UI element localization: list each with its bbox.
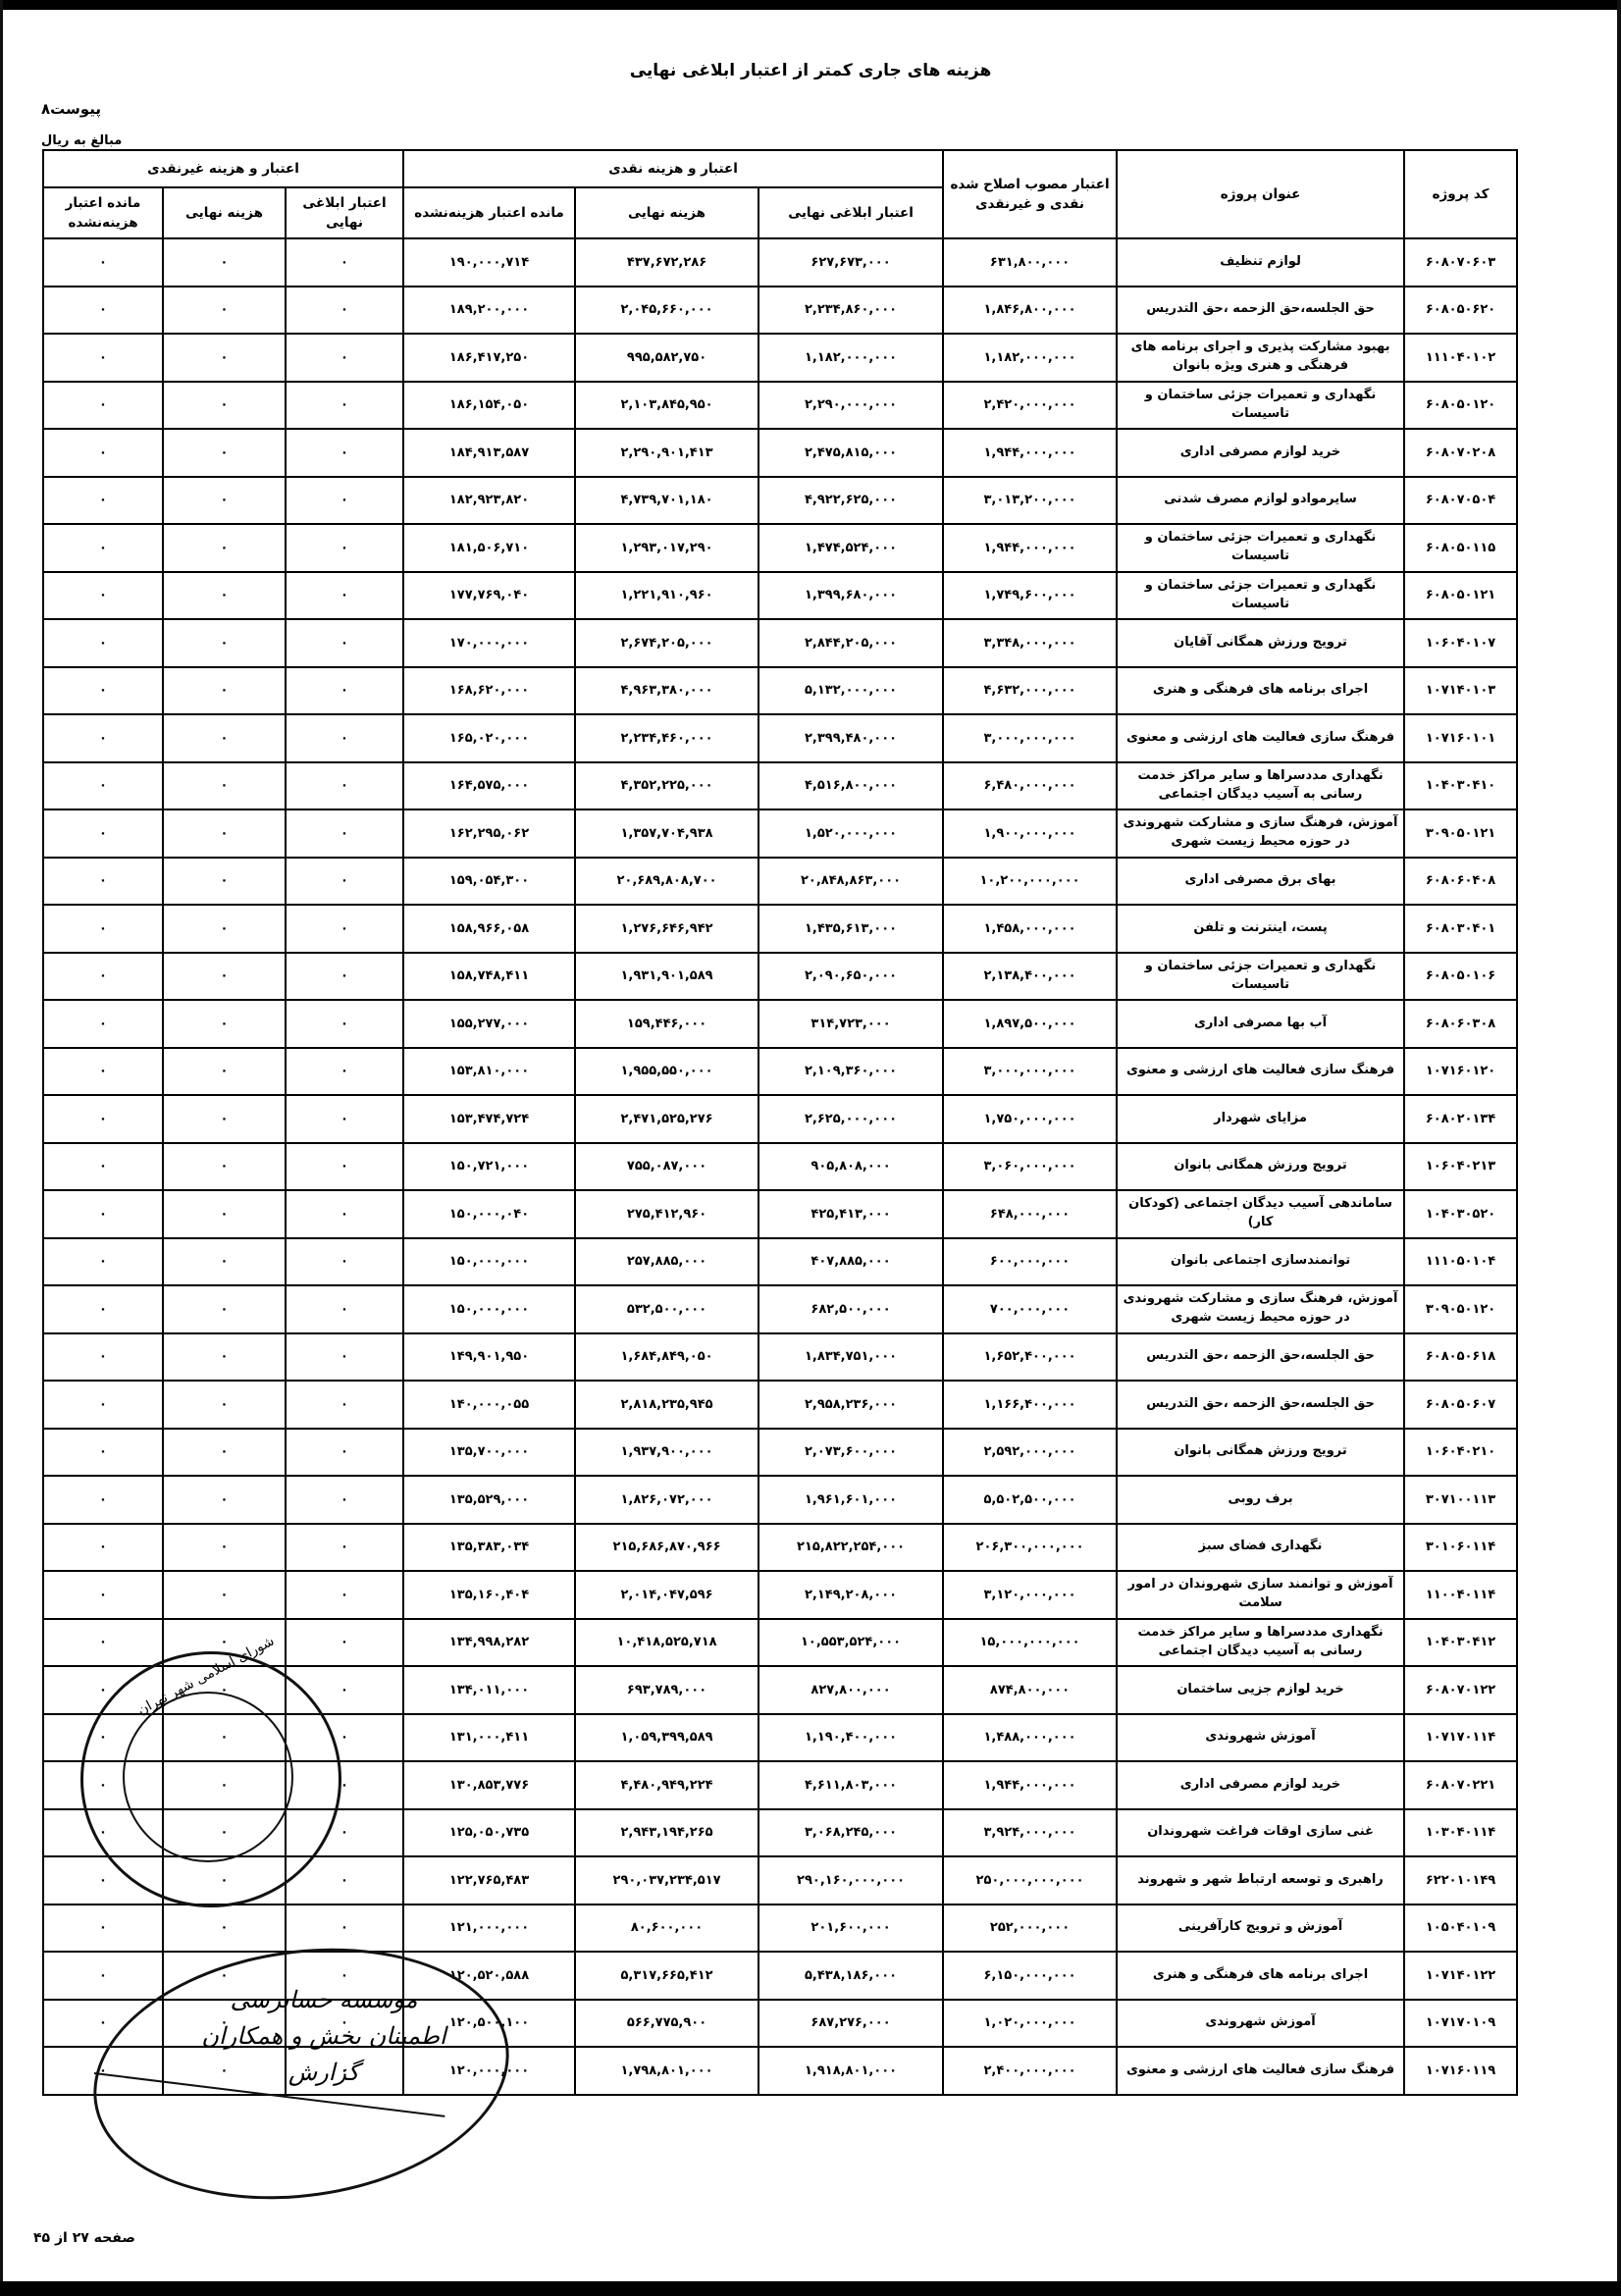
cash-allocated-cell: ۵,۴۳۸,۱۸۶,۰۰۰ bbox=[758, 1952, 943, 2000]
cash-remaining-cell: ۱۵۸,۹۶۶,۰۵۸ bbox=[403, 905, 575, 953]
noncash-remaining-cell: ۰ bbox=[43, 1666, 163, 1714]
noncash-spent-cell: ۰ bbox=[163, 619, 286, 667]
approved-budget-cell: ۶۳۱,۸۰۰,۰۰۰ bbox=[943, 238, 1117, 287]
noncash-spent-cell: ۰ bbox=[163, 1381, 286, 1429]
header-cash-remaining: مانده اعتبار هزینه‌نشده bbox=[403, 187, 575, 238]
noncash-allocated-cell: ۰ bbox=[286, 1048, 403, 1096]
page-number: صفحه ۲۷ از ۴۵ bbox=[33, 2230, 135, 2246]
table-row: ۶۰۸۰۷۰۵۰۴سایرموادو لوازم مصرف شدنی۳,۰۱۳,… bbox=[43, 477, 1517, 525]
cash-remaining-cell: ۱۳۰,۸۵۳,۷۷۶ bbox=[403, 1761, 575, 1809]
noncash-remaining-cell: ۰ bbox=[43, 334, 163, 382]
cash-spent-cell: ۵۳۲,۵۰۰,۰۰۰ bbox=[575, 1285, 758, 1333]
table-row: ۱۰۷۱۴۰۱۰۳اجرای برنامه های فرهنگی و هنری۴… bbox=[43, 667, 1517, 715]
project-title-cell: اجرای برنامه های فرهنگی و هنری bbox=[1117, 1952, 1404, 2000]
noncash-spent-cell: ۰ bbox=[163, 1429, 286, 1477]
project-title-cell: آموزش شهروندی bbox=[1117, 1714, 1404, 1762]
header-code: کد پروژه bbox=[1404, 150, 1517, 238]
noncash-spent-cell: ۰ bbox=[163, 1571, 286, 1619]
noncash-spent-cell: ۰ bbox=[163, 477, 286, 525]
header-approved: اعتبار مصوب اصلاح شده نقدی و غیرنقدی bbox=[943, 150, 1117, 238]
cash-remaining-cell: ۱۲۵,۰۵۰,۷۳۵ bbox=[403, 1809, 575, 1857]
project-title-cell: فرهنگ سازی فعالیت های ارزشی و معنوی bbox=[1117, 2047, 1404, 2095]
cash-spent-cell: ۱,۲۲۱,۹۱۰,۹۶۰ bbox=[575, 572, 758, 620]
table-row: ۶۰۸۰۷۰۶۰۳لوازم تنظیف۶۳۱,۸۰۰,۰۰۰۶۲۷,۶۷۳,۰… bbox=[43, 238, 1517, 287]
project-code-cell: ۱۱۰۰۴۰۱۱۴ bbox=[1404, 1571, 1517, 1619]
approved-budget-cell: ۶,۴۸۰,۰۰۰,۰۰۰ bbox=[943, 762, 1117, 810]
project-code-cell: ۱۰۷۱۷۰۱۰۹ bbox=[1404, 2000, 1517, 2048]
cash-allocated-cell: ۴,۹۲۲,۶۲۵,۰۰۰ bbox=[758, 477, 943, 525]
cash-remaining-cell: ۱۸۲,۹۲۳,۸۲۰ bbox=[403, 477, 575, 525]
noncash-allocated-cell: ۰ bbox=[286, 1429, 403, 1477]
header-title: عنوان پروژه bbox=[1117, 150, 1404, 238]
project-title-cell: خرید لوازم جزیی ساختمان bbox=[1117, 1666, 1404, 1714]
noncash-remaining-cell: ۰ bbox=[43, 1476, 163, 1524]
cash-remaining-cell: ۱۵۰,۰۰۰,۰۰۰ bbox=[403, 1238, 575, 1286]
project-code-cell: ۶۰۸۰۵۰۱۲۰ bbox=[1404, 382, 1517, 430]
cash-spent-cell: ۱۰,۴۱۸,۵۲۵,۷۱۸ bbox=[575, 1619, 758, 1667]
table-row: ۱۰۷۱۷۰۱۱۴آموزش شهروندی۱,۴۸۸,۰۰۰,۰۰۰۱,۱۹۰… bbox=[43, 1714, 1517, 1762]
project-code-cell: ۳۰۹۰۵۰۱۲۰ bbox=[1404, 1285, 1517, 1333]
noncash-spent-cell: ۰ bbox=[163, 334, 286, 382]
project-title-cell: بهای برق مصرفی اداری bbox=[1117, 858, 1404, 906]
cash-spent-cell: ۱,۶۸۴,۸۴۹,۰۵۰ bbox=[575, 1333, 758, 1382]
noncash-allocated-cell: ۰ bbox=[286, 1714, 403, 1762]
noncash-remaining-cell: ۰ bbox=[43, 1429, 163, 1477]
cash-remaining-cell: ۱۳۵,۱۶۰,۴۰۴ bbox=[403, 1571, 575, 1619]
project-title-cell: ترویج ورزش همگانی بانوان bbox=[1117, 1143, 1404, 1191]
cash-allocated-cell: ۱,۸۳۴,۷۵۱,۰۰۰ bbox=[758, 1333, 943, 1382]
cash-spent-cell: ۲۱۵,۶۸۶,۸۷۰,۹۶۶ bbox=[575, 1524, 758, 1572]
project-title-cell: نگهداری مددسراها و سایر مراکز خدمت رسانی… bbox=[1117, 762, 1404, 810]
approved-budget-cell: ۲,۵۹۲,۰۰۰,۰۰۰ bbox=[943, 1429, 1117, 1477]
approved-budget-cell: ۱۵,۰۰۰,۰۰۰,۰۰۰ bbox=[943, 1619, 1117, 1667]
table-row: ۱۰۳۰۴۰۱۱۴غنی سازی اوقات فراغت شهروندان۳,… bbox=[43, 1809, 1517, 1857]
table-row: ۱۰۴۰۳۰۴۱۲نگهداری مددسراها و سایر مراکز خ… bbox=[43, 1619, 1517, 1667]
project-code-cell: ۶۰۸۰۵۰۱۲۱ bbox=[1404, 572, 1517, 620]
noncash-allocated-cell: ۰ bbox=[286, 1571, 403, 1619]
table-row: ۱۰۷۱۶۰۱۱۹فرهنگ سازی فعالیت های ارزشی و م… bbox=[43, 2047, 1517, 2095]
noncash-spent-cell: ۰ bbox=[163, 1619, 286, 1667]
noncash-allocated-cell: ۰ bbox=[286, 334, 403, 382]
cash-remaining-cell: ۱۳۴,۰۱۱,۰۰۰ bbox=[403, 1666, 575, 1714]
project-title-cell: ترویج ورزش همگانی بانوان bbox=[1117, 1429, 1404, 1477]
noncash-remaining-cell: ۰ bbox=[43, 619, 163, 667]
noncash-remaining-cell: ۰ bbox=[43, 477, 163, 525]
project-code-cell: ۶۰۸۰۵۰۶۱۸ bbox=[1404, 1333, 1517, 1382]
table-row: ۶۰۸۰۷۰۱۲۲خرید لوازم جزیی ساختمان۸۷۴,۸۰۰,… bbox=[43, 1666, 1517, 1714]
approved-budget-cell: ۶۰۰,۰۰۰,۰۰۰ bbox=[943, 1238, 1117, 1286]
project-code-cell: ۱۰۴۰۳۰۴۱۲ bbox=[1404, 1619, 1517, 1667]
noncash-allocated-cell: ۰ bbox=[286, 1190, 403, 1238]
cash-allocated-cell: ۴,۶۱۱,۸۰۳,۰۰۰ bbox=[758, 1761, 943, 1809]
cash-spent-cell: ۱,۷۹۸,۸۰۱,۰۰۰ bbox=[575, 2047, 758, 2095]
table-row: ۱۰۵۰۴۰۱۰۹آموزش و ترویج کارآفرینی۲۵۲,۰۰۰,… bbox=[43, 1905, 1517, 1953]
approved-budget-cell: ۲۵۰,۰۰۰,۰۰۰,۰۰۰ bbox=[943, 1856, 1117, 1905]
project-title-cell: آموزش، فرهنگ سازی و مشارکت شهروندی در حو… bbox=[1117, 809, 1404, 858]
noncash-remaining-cell: ۰ bbox=[43, 572, 163, 620]
approved-budget-cell: ۳,۰۶۰,۰۰۰,۰۰۰ bbox=[943, 1143, 1117, 1191]
cash-remaining-cell: ۱۶۴,۵۷۵,۰۰۰ bbox=[403, 762, 575, 810]
noncash-remaining-cell: ۰ bbox=[43, 905, 163, 953]
cash-spent-cell: ۲,۲۹۰,۹۰۱,۴۱۳ bbox=[575, 429, 758, 477]
header-noncash-spent: هزینه نهایی bbox=[163, 187, 286, 238]
project-code-cell: ۱۰۳۰۴۰۱۱۴ bbox=[1404, 1809, 1517, 1857]
cash-allocated-cell: ۲۱۵,۸۲۲,۲۵۴,۰۰۰ bbox=[758, 1524, 943, 1572]
approved-budget-cell: ۲,۴۲۰,۰۰۰,۰۰۰ bbox=[943, 382, 1117, 430]
noncash-allocated-cell: ۰ bbox=[286, 1333, 403, 1382]
cash-remaining-cell: ۱۶۵,۰۲۰,۰۰۰ bbox=[403, 714, 575, 762]
noncash-spent-cell: ۰ bbox=[163, 2047, 286, 2095]
approved-budget-cell: ۱,۴۸۸,۰۰۰,۰۰۰ bbox=[943, 1714, 1117, 1762]
table-row: ۶۲۲۰۱۰۱۴۹راهبری و توسعه ارتباط شهر و شهر… bbox=[43, 1856, 1517, 1905]
scan-top-border bbox=[0, 0, 1621, 10]
approved-budget-cell: ۳,۰۰۰,۰۰۰,۰۰۰ bbox=[943, 1048, 1117, 1096]
noncash-allocated-cell: ۰ bbox=[286, 1143, 403, 1191]
cash-remaining-cell: ۱۶۸,۶۲۰,۰۰۰ bbox=[403, 667, 575, 715]
approved-budget-cell: ۳,۰۰۰,۰۰۰,۰۰۰ bbox=[943, 714, 1117, 762]
project-title-cell: پست، اینترنت و تلفن bbox=[1117, 905, 1404, 953]
project-title-cell: آموزش، فرهنگ سازی و مشارکت شهروندی در حو… bbox=[1117, 1285, 1404, 1333]
cash-allocated-cell: ۱,۹۶۱,۶۰۱,۰۰۰ bbox=[758, 1476, 943, 1524]
noncash-spent-cell: ۰ bbox=[163, 524, 286, 572]
cash-remaining-cell: ۱۷۰,۰۰۰,۰۰۰ bbox=[403, 619, 575, 667]
table-row: ۳۰۷۱۰۰۱۱۳برف روبی۵,۵۰۲,۵۰۰,۰۰۰۱,۹۶۱,۶۰۱,… bbox=[43, 1476, 1517, 1524]
project-code-cell: ۱۰۴۰۳۰۵۲۰ bbox=[1404, 1190, 1517, 1238]
noncash-remaining-cell: ۰ bbox=[43, 1143, 163, 1191]
noncash-remaining-cell: ۰ bbox=[43, 1714, 163, 1762]
scan-bottom-border bbox=[0, 2281, 1621, 2296]
noncash-remaining-cell: ۰ bbox=[43, 1000, 163, 1048]
cash-allocated-cell: ۲,۳۹۹,۴۸۰,۰۰۰ bbox=[758, 714, 943, 762]
cash-spent-cell: ۵,۳۱۷,۶۶۵,۴۱۲ bbox=[575, 1952, 758, 2000]
approved-budget-cell: ۱,۹۴۴,۰۰۰,۰۰۰ bbox=[943, 429, 1117, 477]
project-code-cell: ۶۰۸۰۲۰۱۳۴ bbox=[1404, 1095, 1517, 1143]
cash-remaining-cell: ۱۸۹,۲۰۰,۰۰۰ bbox=[403, 287, 575, 335]
cash-remaining-cell: ۱۵۳,۸۱۰,۰۰۰ bbox=[403, 1048, 575, 1096]
noncash-spent-cell: ۰ bbox=[163, 1190, 286, 1238]
header-noncash-remaining: مانده اعتبار هزینه‌نشده bbox=[43, 187, 163, 238]
noncash-remaining-cell: ۰ bbox=[43, 2000, 163, 2048]
project-code-cell: ۶۰۸۰۵۰۱۰۶ bbox=[1404, 953, 1517, 1001]
noncash-remaining-cell: ۰ bbox=[43, 1619, 163, 1667]
cash-spent-cell: ۲,۶۷۴,۲۰۵,۰۰۰ bbox=[575, 619, 758, 667]
cash-spent-cell: ۷۵۵,۰۸۷,۰۰۰ bbox=[575, 1143, 758, 1191]
header-cash-allocated: اعتبار ابلاغی نهایی bbox=[758, 187, 943, 238]
approved-budget-cell: ۵,۵۰۲,۵۰۰,۰۰۰ bbox=[943, 1476, 1117, 1524]
approved-budget-cell: ۲,۱۳۸,۴۰۰,۰۰۰ bbox=[943, 953, 1117, 1001]
table-row: ۱۱۱۰۵۰۱۰۴توانمندسازی اجتماعی بانوان۶۰۰,۰… bbox=[43, 1238, 1517, 1286]
noncash-remaining-cell: ۰ bbox=[43, 953, 163, 1001]
cash-spent-cell: ۶۹۳,۷۸۹,۰۰۰ bbox=[575, 1666, 758, 1714]
noncash-allocated-cell: ۰ bbox=[286, 572, 403, 620]
cash-allocated-cell: ۱۰,۵۵۳,۵۲۴,۰۰۰ bbox=[758, 1619, 943, 1667]
table-row: ۶۰۸۰۵۰۶۱۸حق الجلسه،حق الزحمه ،حق التدریس… bbox=[43, 1333, 1517, 1382]
noncash-allocated-cell: ۰ bbox=[286, 667, 403, 715]
noncash-remaining-cell: ۰ bbox=[43, 1856, 163, 1905]
project-title-cell: نگهداری فضای سبز bbox=[1117, 1524, 1404, 1572]
noncash-spent-cell: ۰ bbox=[163, 429, 286, 477]
noncash-allocated-cell: ۰ bbox=[286, 953, 403, 1001]
header-cash-group: اعتبار و هزینه نقدی bbox=[403, 150, 943, 187]
noncash-spent-cell: ۰ bbox=[163, 1285, 286, 1333]
noncash-spent-cell: ۰ bbox=[163, 1809, 286, 1857]
cash-allocated-cell: ۶۸۲,۵۰۰,۰۰۰ bbox=[758, 1285, 943, 1333]
header-noncash-allocated: اعتبار ابلاغی نهایی bbox=[286, 187, 403, 238]
project-title-cell: ساماندهی آسیب دیدگان اجتماعی (کودکان کار… bbox=[1117, 1190, 1404, 1238]
cash-remaining-cell: ۱۳۵,۵۲۹,۰۰۰ bbox=[403, 1476, 575, 1524]
noncash-spent-cell: ۰ bbox=[163, 714, 286, 762]
approved-budget-cell: ۱,۷۵۰,۰۰۰,۰۰۰ bbox=[943, 1095, 1117, 1143]
noncash-remaining-cell: ۰ bbox=[43, 667, 163, 715]
noncash-remaining-cell: ۰ bbox=[43, 1095, 163, 1143]
cash-spent-cell: ۹۹۵,۵۸۲,۷۵۰ bbox=[575, 334, 758, 382]
noncash-allocated-cell: ۰ bbox=[286, 1524, 403, 1572]
noncash-spent-cell: ۰ bbox=[163, 809, 286, 858]
expense-table: کد پروژه عنوان پروژه اعتبار مصوب اصلاح ش… bbox=[42, 149, 1518, 2096]
project-code-cell: ۶۰۸۰۵۰۶۲۰ bbox=[1404, 287, 1517, 335]
project-code-cell: ۱۰۶۰۴۰۲۱۳ bbox=[1404, 1143, 1517, 1191]
noncash-allocated-cell: ۰ bbox=[286, 1952, 403, 2000]
cash-allocated-cell: ۵,۱۳۲,۰۰۰,۰۰۰ bbox=[758, 667, 943, 715]
noncash-spent-cell: ۰ bbox=[163, 1905, 286, 1953]
approved-budget-cell: ۶,۱۵۰,۰۰۰,۰۰۰ bbox=[943, 1952, 1117, 2000]
noncash-allocated-cell: ۰ bbox=[286, 1809, 403, 1857]
cash-spent-cell: ۲۵۷,۸۸۵,۰۰۰ bbox=[575, 1238, 758, 1286]
table-row: ۶۰۸۰۳۰۴۰۱پست، اینترنت و تلفن۱,۴۵۸,۰۰۰,۰۰… bbox=[43, 905, 1517, 953]
project-code-cell: ۳۰۷۱۰۰۱۱۳ bbox=[1404, 1476, 1517, 1524]
currency-unit-note: مبالغ به ریال bbox=[41, 133, 122, 148]
cash-spent-cell: ۲,۰۴۵,۶۶۰,۰۰۰ bbox=[575, 287, 758, 335]
table-row: ۱۰۶۰۴۰۲۱۰ترویج ورزش همگانی بانوان۲,۵۹۲,۰… bbox=[43, 1429, 1517, 1477]
scan-right-border bbox=[1617, 0, 1621, 2296]
project-code-cell: ۶۰۸۰۶۰۳۰۸ bbox=[1404, 1000, 1517, 1048]
project-title-cell: غنی سازی اوقات فراغت شهروندان bbox=[1117, 1809, 1404, 1857]
cash-remaining-cell: ۱۶۲,۲۹۵,۰۶۲ bbox=[403, 809, 575, 858]
cash-remaining-cell: ۱۷۷,۷۶۹,۰۴۰ bbox=[403, 572, 575, 620]
noncash-spent-cell: ۰ bbox=[163, 1714, 286, 1762]
cash-remaining-cell: ۱۸۱,۵۰۶,۷۱۰ bbox=[403, 524, 575, 572]
project-title-cell: حق الجلسه،حق الزحمه ،حق التدریس bbox=[1117, 1333, 1404, 1382]
table-row: ۶۰۸۰۵۰۱۰۶نگهداری و تعمیرات جزئی ساختمان … bbox=[43, 953, 1517, 1001]
noncash-allocated-cell: ۰ bbox=[286, 429, 403, 477]
cash-remaining-cell: ۱۲۱,۰۰۰,۰۰۰ bbox=[403, 1905, 575, 1953]
project-title-cell: سایرموادو لوازم مصرف شدنی bbox=[1117, 477, 1404, 525]
cash-allocated-cell: ۱,۳۹۹,۶۸۰,۰۰۰ bbox=[758, 572, 943, 620]
noncash-remaining-cell: ۰ bbox=[43, 429, 163, 477]
approved-budget-cell: ۱,۴۵۸,۰۰۰,۰۰۰ bbox=[943, 905, 1117, 953]
cash-remaining-cell: ۱۲۰,۵۲۰,۵۸۸ bbox=[403, 1952, 575, 2000]
noncash-allocated-cell: ۰ bbox=[286, 524, 403, 572]
scan-left-border bbox=[0, 0, 3, 2296]
noncash-remaining-cell: ۰ bbox=[43, 1571, 163, 1619]
cash-allocated-cell: ۳۱۴,۷۲۳,۰۰۰ bbox=[758, 1000, 943, 1048]
noncash-allocated-cell: ۰ bbox=[286, 1856, 403, 1905]
project-code-cell: ۱۰۶۰۴۰۲۱۰ bbox=[1404, 1429, 1517, 1477]
cash-allocated-cell: ۲,۲۹۰,۰۰۰,۰۰۰ bbox=[758, 382, 943, 430]
cash-remaining-cell: ۱۳۵,۷۰۰,۰۰۰ bbox=[403, 1429, 575, 1477]
header-cash-spent: هزینه نهایی bbox=[575, 187, 758, 238]
cash-allocated-cell: ۱,۵۲۰,۰۰۰,۰۰۰ bbox=[758, 809, 943, 858]
cash-allocated-cell: ۲,۸۴۴,۲۰۵,۰۰۰ bbox=[758, 619, 943, 667]
approved-budget-cell: ۶۴۸,۰۰۰,۰۰۰ bbox=[943, 1190, 1117, 1238]
project-title-cell: آموزش و ترویج کارآفرینی bbox=[1117, 1905, 1404, 1953]
cash-allocated-cell: ۲,۶۲۵,۰۰۰,۰۰۰ bbox=[758, 1095, 943, 1143]
cash-allocated-cell: ۲۹۰,۱۶۰,۰۰۰,۰۰۰ bbox=[758, 1856, 943, 1905]
noncash-remaining-cell: ۰ bbox=[43, 524, 163, 572]
noncash-allocated-cell: ۰ bbox=[286, 905, 403, 953]
project-title-cell: نگهداری و تعمیرات جزئی ساختمان و تاسیسات bbox=[1117, 524, 1404, 572]
noncash-remaining-cell: ۰ bbox=[43, 762, 163, 810]
table-row: ۶۰۸۰۵۰۶۲۰حق الجلسه،حق الزحمه ،حق التدریس… bbox=[43, 287, 1517, 335]
cash-allocated-cell: ۶۲۷,۶۷۳,۰۰۰ bbox=[758, 238, 943, 287]
project-code-cell: ۶۰۸۰۵۰۱۱۵ bbox=[1404, 524, 1517, 572]
noncash-allocated-cell: ۰ bbox=[286, 2000, 403, 2048]
cash-allocated-cell: ۱,۴۳۵,۶۱۳,۰۰۰ bbox=[758, 905, 943, 953]
table-row: ۶۰۸۰۲۰۱۳۴مزایای شهردار۱,۷۵۰,۰۰۰,۰۰۰۲,۶۲۵… bbox=[43, 1095, 1517, 1143]
noncash-allocated-cell: ۰ bbox=[286, 858, 403, 906]
cash-allocated-cell: ۲,۱۴۹,۲۰۸,۰۰۰ bbox=[758, 1571, 943, 1619]
approved-budget-cell: ۱۰,۲۰۰,۰۰۰,۰۰۰ bbox=[943, 858, 1117, 906]
cash-remaining-cell: ۱۳۴,۹۹۸,۲۸۲ bbox=[403, 1619, 575, 1667]
project-code-cell: ۱۰۶۰۴۰۱۰۷ bbox=[1404, 619, 1517, 667]
cash-allocated-cell: ۲,۱۰۹,۳۶۰,۰۰۰ bbox=[758, 1048, 943, 1096]
table-row: ۶۰۸۰۵۰۱۲۱نگهداری و تعمیرات جزئی ساختمان … bbox=[43, 572, 1517, 620]
noncash-allocated-cell: ۰ bbox=[286, 1666, 403, 1714]
approved-budget-cell: ۳,۳۴۸,۰۰۰,۰۰۰ bbox=[943, 619, 1117, 667]
noncash-allocated-cell: ۰ bbox=[286, 1238, 403, 1286]
cash-remaining-cell: ۱۵۳,۴۷۴,۷۲۴ bbox=[403, 1095, 575, 1143]
project-title-cell: خرید لوازم مصرفی اداری bbox=[1117, 429, 1404, 477]
project-title-cell: نگهداری و تعمیرات جزئی ساختمان و تاسیسات bbox=[1117, 382, 1404, 430]
cash-spent-cell: ۲,۸۱۸,۲۳۵,۹۴۵ bbox=[575, 1381, 758, 1429]
project-code-cell: ۶۰۸۰۷۰۱۲۲ bbox=[1404, 1666, 1517, 1714]
project-title-cell: توانمندسازی اجتماعی بانوان bbox=[1117, 1238, 1404, 1286]
cash-spent-cell: ۱,۲۹۳,۰۱۷,۲۹۰ bbox=[575, 524, 758, 572]
project-title-cell: فرهنگ سازی فعالیت های ارزشی و معنوی bbox=[1117, 1048, 1404, 1096]
noncash-remaining-cell: ۰ bbox=[43, 1381, 163, 1429]
cash-allocated-cell: ۱,۱۹۰,۴۰۰,۰۰۰ bbox=[758, 1714, 943, 1762]
noncash-spent-cell: ۰ bbox=[163, 1476, 286, 1524]
approved-budget-cell: ۱,۹۴۴,۰۰۰,۰۰۰ bbox=[943, 1761, 1117, 1809]
cash-spent-cell: ۱,۹۵۵,۵۵۰,۰۰۰ bbox=[575, 1048, 758, 1096]
table-row: ۶۰۸۰۶۰۳۰۸آب بها مصرفی اداری۱,۸۹۷,۵۰۰,۰۰۰… bbox=[43, 1000, 1517, 1048]
project-title-cell: برف روبی bbox=[1117, 1476, 1404, 1524]
project-title-cell: خرید لوازم مصرفی اداری bbox=[1117, 1761, 1404, 1809]
noncash-allocated-cell: ۰ bbox=[286, 1000, 403, 1048]
project-code-cell: ۶۰۸۰۷۰۲۲۱ bbox=[1404, 1761, 1517, 1809]
cash-spent-cell: ۱,۹۳۱,۹۰۱,۵۸۹ bbox=[575, 953, 758, 1001]
noncash-spent-cell: ۰ bbox=[163, 1666, 286, 1714]
table-row: ۶۰۸۰۵۰۱۲۰نگهداری و تعمیرات جزئی ساختمان … bbox=[43, 382, 1517, 430]
project-title-cell: نگهداری و تعمیرات جزئی ساختمان و تاسیسات bbox=[1117, 572, 1404, 620]
cash-spent-cell: ۲۰,۶۸۹,۸۰۸,۷۰۰ bbox=[575, 858, 758, 906]
project-code-cell: ۱۰۷۱۶۰۱۱۹ bbox=[1404, 2047, 1517, 2095]
table-row: ۳۰۹۰۵۰۱۲۱آموزش، فرهنگ سازی و مشارکت شهرو… bbox=[43, 809, 1517, 858]
cash-allocated-cell: ۱,۹۱۸,۸۰۱,۰۰۰ bbox=[758, 2047, 943, 2095]
cash-spent-cell: ۲,۲۳۴,۴۶۰,۰۰۰ bbox=[575, 714, 758, 762]
approved-budget-cell: ۱,۸۹۷,۵۰۰,۰۰۰ bbox=[943, 1000, 1117, 1048]
approved-budget-cell: ۲۵۲,۰۰۰,۰۰۰ bbox=[943, 1905, 1117, 1953]
approved-budget-cell: ۱,۱۸۲,۰۰۰,۰۰۰ bbox=[943, 334, 1117, 382]
approved-budget-cell: ۱,۷۴۹,۶۰۰,۰۰۰ bbox=[943, 572, 1117, 620]
table-row: ۶۰۸۰۷۰۲۰۸خرید لوازم مصرفی اداری۱,۹۴۴,۰۰۰… bbox=[43, 429, 1517, 477]
noncash-allocated-cell: ۰ bbox=[286, 714, 403, 762]
project-code-cell: ۱۱۱۰۵۰۱۰۴ bbox=[1404, 1238, 1517, 1286]
noncash-spent-cell: ۰ bbox=[163, 905, 286, 953]
cash-spent-cell: ۱,۹۳۷,۹۰۰,۰۰۰ bbox=[575, 1429, 758, 1477]
noncash-spent-cell: ۰ bbox=[163, 1856, 286, 1905]
cash-spent-cell: ۴۳۷,۶۷۲,۲۸۶ bbox=[575, 238, 758, 287]
noncash-allocated-cell: ۰ bbox=[286, 1095, 403, 1143]
table-row: ۱۰۷۱۶۰۱۰۱فرهنگ سازی فعالیت های ارزشی و م… bbox=[43, 714, 1517, 762]
cash-allocated-cell: ۸۲۷,۸۰۰,۰۰۰ bbox=[758, 1666, 943, 1714]
cash-allocated-cell: ۱,۱۸۲,۰۰۰,۰۰۰ bbox=[758, 334, 943, 382]
project-code-cell: ۶۰۸۰۷۰۵۰۴ bbox=[1404, 477, 1517, 525]
project-title-cell: حق الجلسه،حق الزحمه ،حق التدریس bbox=[1117, 1381, 1404, 1429]
table-row: ۶۰۸۰۵۰۶۰۷حق الجلسه،حق الزحمه ،حق التدریس… bbox=[43, 1381, 1517, 1429]
cash-allocated-cell: ۲,۴۷۵,۸۱۵,۰۰۰ bbox=[758, 429, 943, 477]
cash-allocated-cell: ۲,۰۹۰,۶۵۰,۰۰۰ bbox=[758, 953, 943, 1001]
table-row: ۱۰۷۱۷۰۱۰۹آموزش شهروندی۱,۰۲۰,۰۰۰,۰۰۰۶۸۷,۲… bbox=[43, 2000, 1517, 2048]
cash-spent-cell: ۱,۰۵۹,۳۹۹,۵۸۹ bbox=[575, 1714, 758, 1762]
cash-allocated-cell: ۲۰۱,۶۰۰,۰۰۰ bbox=[758, 1905, 943, 1953]
cash-remaining-cell: ۱۳۱,۰۰۰,۴۱۱ bbox=[403, 1714, 575, 1762]
project-title-cell: حق الجلسه،حق الزحمه ،حق التدریس bbox=[1117, 287, 1404, 335]
cash-remaining-cell: ۱۸۶,۴۱۷,۲۵۰ bbox=[403, 334, 575, 382]
table-row: ۱۱۰۰۴۰۱۱۴آموزش و توانمند سازی شهروندان د… bbox=[43, 1571, 1517, 1619]
noncash-remaining-cell: ۰ bbox=[43, 382, 163, 430]
noncash-remaining-cell: ۰ bbox=[43, 1285, 163, 1333]
table-row: ۱۰۶۰۴۰۲۱۳ترویج ورزش همگانی بانوان۳,۰۶۰,۰… bbox=[43, 1143, 1517, 1191]
noncash-spent-cell: ۰ bbox=[163, 2000, 286, 2048]
noncash-spent-cell: ۰ bbox=[163, 667, 286, 715]
annex-label: پیوست۸ bbox=[41, 100, 101, 118]
approved-budget-cell: ۸۷۴,۸۰۰,۰۰۰ bbox=[943, 1666, 1117, 1714]
noncash-spent-cell: ۰ bbox=[163, 1952, 286, 2000]
approved-budget-cell: ۳,۹۲۴,۰۰۰,۰۰۰ bbox=[943, 1809, 1117, 1857]
project-title-cell: آموزش و توانمند سازی شهروندان در امور سل… bbox=[1117, 1571, 1404, 1619]
cash-remaining-cell: ۱۵۰,۰۰۰,۰۰۰ bbox=[403, 1285, 575, 1333]
noncash-spent-cell: ۰ bbox=[163, 858, 286, 906]
noncash-allocated-cell: ۰ bbox=[286, 1905, 403, 1953]
cash-remaining-cell: ۱۴۹,۹۰۱,۹۵۰ bbox=[403, 1333, 575, 1382]
project-code-cell: ۱۰۵۰۴۰۱۰۹ bbox=[1404, 1905, 1517, 1953]
cash-allocated-cell: ۴۲۵,۴۱۳,۰۰۰ bbox=[758, 1190, 943, 1238]
cash-spent-cell: ۴,۷۳۹,۷۰۱,۱۸۰ bbox=[575, 477, 758, 525]
project-title-cell: اجرای برنامه های فرهنگی و هنری bbox=[1117, 667, 1404, 715]
cash-spent-cell: ۸۰,۶۰۰,۰۰۰ bbox=[575, 1905, 758, 1953]
table-row: ۱۰۷۱۶۰۱۲۰فرهنگ سازی فعالیت های ارزشی و م… bbox=[43, 1048, 1517, 1096]
cash-spent-cell: ۲۷۵,۴۱۲,۹۶۰ bbox=[575, 1190, 758, 1238]
cash-remaining-cell: ۱۳۵,۳۸۳,۰۳۴ bbox=[403, 1524, 575, 1572]
cash-allocated-cell: ۹۰۵,۸۰۸,۰۰۰ bbox=[758, 1143, 943, 1191]
cash-spent-cell: ۲,۱۰۳,۸۴۵,۹۵۰ bbox=[575, 382, 758, 430]
noncash-remaining-cell: ۰ bbox=[43, 238, 163, 287]
noncash-allocated-cell: ۰ bbox=[286, 1476, 403, 1524]
approved-budget-cell: ۳,۱۲۰,۰۰۰,۰۰۰ bbox=[943, 1571, 1117, 1619]
cash-remaining-cell: ۱۵۵,۲۷۷,۰۰۰ bbox=[403, 1000, 575, 1048]
noncash-remaining-cell: ۰ bbox=[43, 2047, 163, 2095]
cash-remaining-cell: ۱۴۰,۰۰۰,۰۵۵ bbox=[403, 1381, 575, 1429]
project-code-cell: ۶۰۸۰۳۰۴۰۱ bbox=[1404, 905, 1517, 953]
cash-remaining-cell: ۱۹۰,۰۰۰,۷۱۴ bbox=[403, 238, 575, 287]
header-noncash-group: اعتبار و هزینه غیرنقدی bbox=[43, 150, 403, 187]
project-title-cell: ترویج ورزش همگانی آقایان bbox=[1117, 619, 1404, 667]
cash-remaining-cell: ۱۸۴,۹۱۳,۵۸۷ bbox=[403, 429, 575, 477]
approved-budget-cell: ۴,۶۳۲,۰۰۰,۰۰۰ bbox=[943, 667, 1117, 715]
cash-spent-cell: ۴,۴۸۰,۹۴۹,۲۲۴ bbox=[575, 1761, 758, 1809]
noncash-allocated-cell: ۰ bbox=[286, 477, 403, 525]
